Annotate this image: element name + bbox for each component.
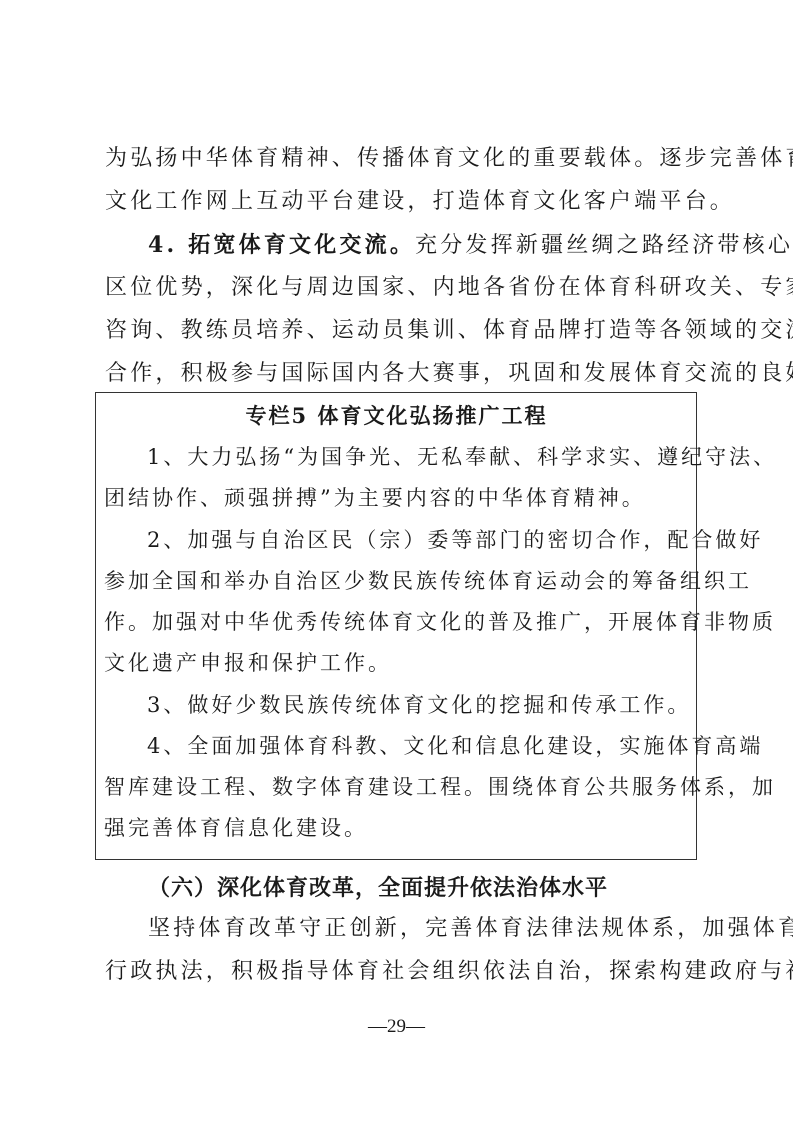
section-heading: （六）深化体育改革，全面提升依法治体水平	[148, 874, 738, 902]
body-text-line: 坚持体育改革守正创新，完善体育法律法规体系，加强体育	[148, 915, 738, 943]
column-box-title: 专栏5 体育文化弘扬推广工程	[0, 402, 793, 430]
column-box-line: 2、加强与自治区民（宗）委等部门的密切合作，配合做好	[147, 526, 763, 554]
body-text-line: 文化工作网上互动平台建设，打造体育文化客户端平台。	[105, 188, 695, 216]
column-box-line: 团结协作、顽强拼搏”为主要内容的中华体育精神。	[104, 484, 646, 512]
page-number: —29—	[0, 1016, 793, 1038]
column-box-line: 3、做好少数民族传统体育文化的挖掘和传承工作。	[147, 691, 691, 719]
body-text-line: 区位优势，深化与周边国家、内地各省份在体育科研攻关、专家	[105, 274, 695, 302]
column-box-line: 智库建设工程、数字体育建设工程。围绕体育公共服务体系，加	[104, 773, 776, 801]
body-text-line: 为弘扬中华体育精神、传播体育文化的重要载体。逐步完善体育	[105, 145, 695, 173]
column-box-line: 1、大力弘扬“为国争光、无私奉献、科学求实、遵纪守法、	[147, 443, 777, 471]
paragraph-heading: 4. 拓宽体育文化交流。	[148, 232, 415, 258]
body-text: 充分发挥新疆丝绸之路经济带核心区	[415, 233, 793, 258]
body-text-line: 合作，积极参与国际国内各大赛事，巩固和发展体育交流的良好	[105, 360, 695, 388]
body-text-line: 行政执法，积极指导体育社会组织依法自治，探索构建政府与社	[105, 958, 695, 986]
column-box-line: 强完善体育信息化建设。	[104, 814, 368, 842]
column-box-line: 参加全国和举办自治区少数民族传统体育运动会的筹备组织工	[104, 567, 752, 595]
column-box-line: 4、全面加强体育科教、文化和信息化建设，实施体育高端	[147, 732, 763, 760]
column-box-line: 作。加强对中华优秀传统体育文化的普及推广，开展体育非物质	[104, 608, 776, 636]
document-page: 为弘扬中华体育精神、传播体育文化的重要载体。逐步完善体育 文化工作网上互动平台建…	[0, 0, 793, 1122]
body-text-line: 咨询、教练员培养、运动员集训、体育品牌打造等各领域的交流	[105, 317, 695, 345]
paragraph-4: 4. 拓宽体育文化交流。充分发挥新疆丝绸之路经济带核心区	[148, 231, 738, 260]
column-box-line: 文化遗产申报和保护工作。	[104, 649, 392, 677]
